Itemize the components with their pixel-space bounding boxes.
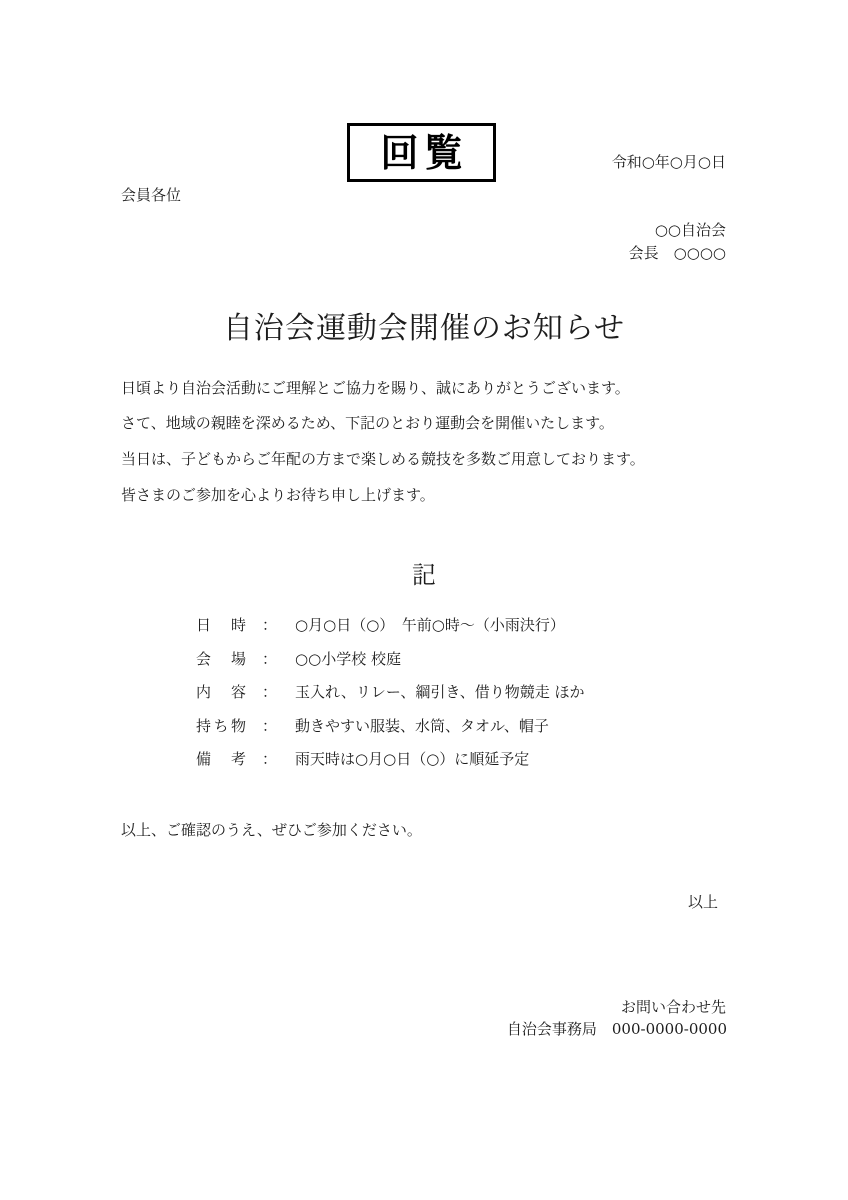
closing-line: 以上、ご確認のうえ、ぜひご参加ください。 [121, 819, 422, 840]
contact-info: 自治会事務局 000-0000-0000 [507, 1018, 727, 1039]
detail-row-contents: 内容 ： 玉入れ、リレー、綱引き、借り物競走 ほか [196, 681, 585, 702]
sender-organization: ○○自治会 [655, 219, 726, 240]
detail-row-belongings: 持ち物 ： 動きやすい服装、水筒、タオル、帽子 [196, 715, 549, 736]
detail-separator: ： [262, 715, 277, 736]
detail-row-venue: 会場 ： ○○小学校 校庭 [196, 648, 401, 669]
detail-label: 内容 [196, 681, 246, 702]
detail-separator: ： [262, 748, 277, 769]
document-title: 自治会運動会開催のお知らせ [0, 303, 848, 347]
body-paragraph: 日頃より自治会活動にご理解とご協力を賜り、誠にありがとうございます。 [121, 377, 630, 398]
detail-value: 動きやすい服装、水筒、タオル、帽子 [295, 715, 549, 736]
kairan-stamp-box: 回覧 [347, 123, 496, 182]
record-heading: 記 [0, 555, 848, 590]
body-paragraph: 皆さまのご参加を心よりお待ち申し上げます。 [121, 484, 435, 505]
detail-separator: ： [262, 614, 277, 635]
circular-notice-document: 回覧 令和○年○月○日 会員各位 ○○自治会 会長 ○○○○ 自治会運動会開催の… [0, 0, 848, 1200]
detail-separator: ： [262, 648, 277, 669]
end-mark: 以上 [688, 891, 718, 912]
detail-row-datetime: 日時 ： ○月○日（○） 午前○時～（小雨決行） [196, 614, 565, 635]
detail-value: 雨天時は○月○日（○）に順延予定 [295, 748, 529, 769]
detail-row-remarks: 備考 ： 雨天時は○月○日（○）に順延予定 [196, 748, 529, 769]
sender-president: 会長 ○○○○ [629, 242, 726, 263]
body-paragraph: 当日は、子どもからご年配の方まで楽しめる競技を多数ご用意しております。 [121, 448, 645, 469]
body-paragraph: さて、地域の親睦を深めるため、下記のとおり運動会を開催いたします。 [121, 412, 614, 433]
detail-label: 持ち物 [196, 715, 246, 736]
detail-label: 備考 [196, 748, 246, 769]
recipient-line: 会員各位 [121, 184, 181, 205]
detail-separator: ： [262, 681, 277, 702]
detail-value: ○月○日（○） 午前○時～（小雨決行） [295, 614, 565, 635]
detail-label: 会場 [196, 648, 246, 669]
detail-value: ○○小学校 校庭 [295, 648, 401, 669]
detail-value: 玉入れ、リレー、綱引き、借り物競走 ほか [295, 681, 584, 702]
contact-heading: お問い合わせ先 [621, 996, 726, 1017]
kairan-stamp-label: 回覧 [374, 134, 468, 172]
document-date: 令和○年○月○日 [612, 151, 726, 172]
detail-label: 日時 [196, 614, 246, 635]
